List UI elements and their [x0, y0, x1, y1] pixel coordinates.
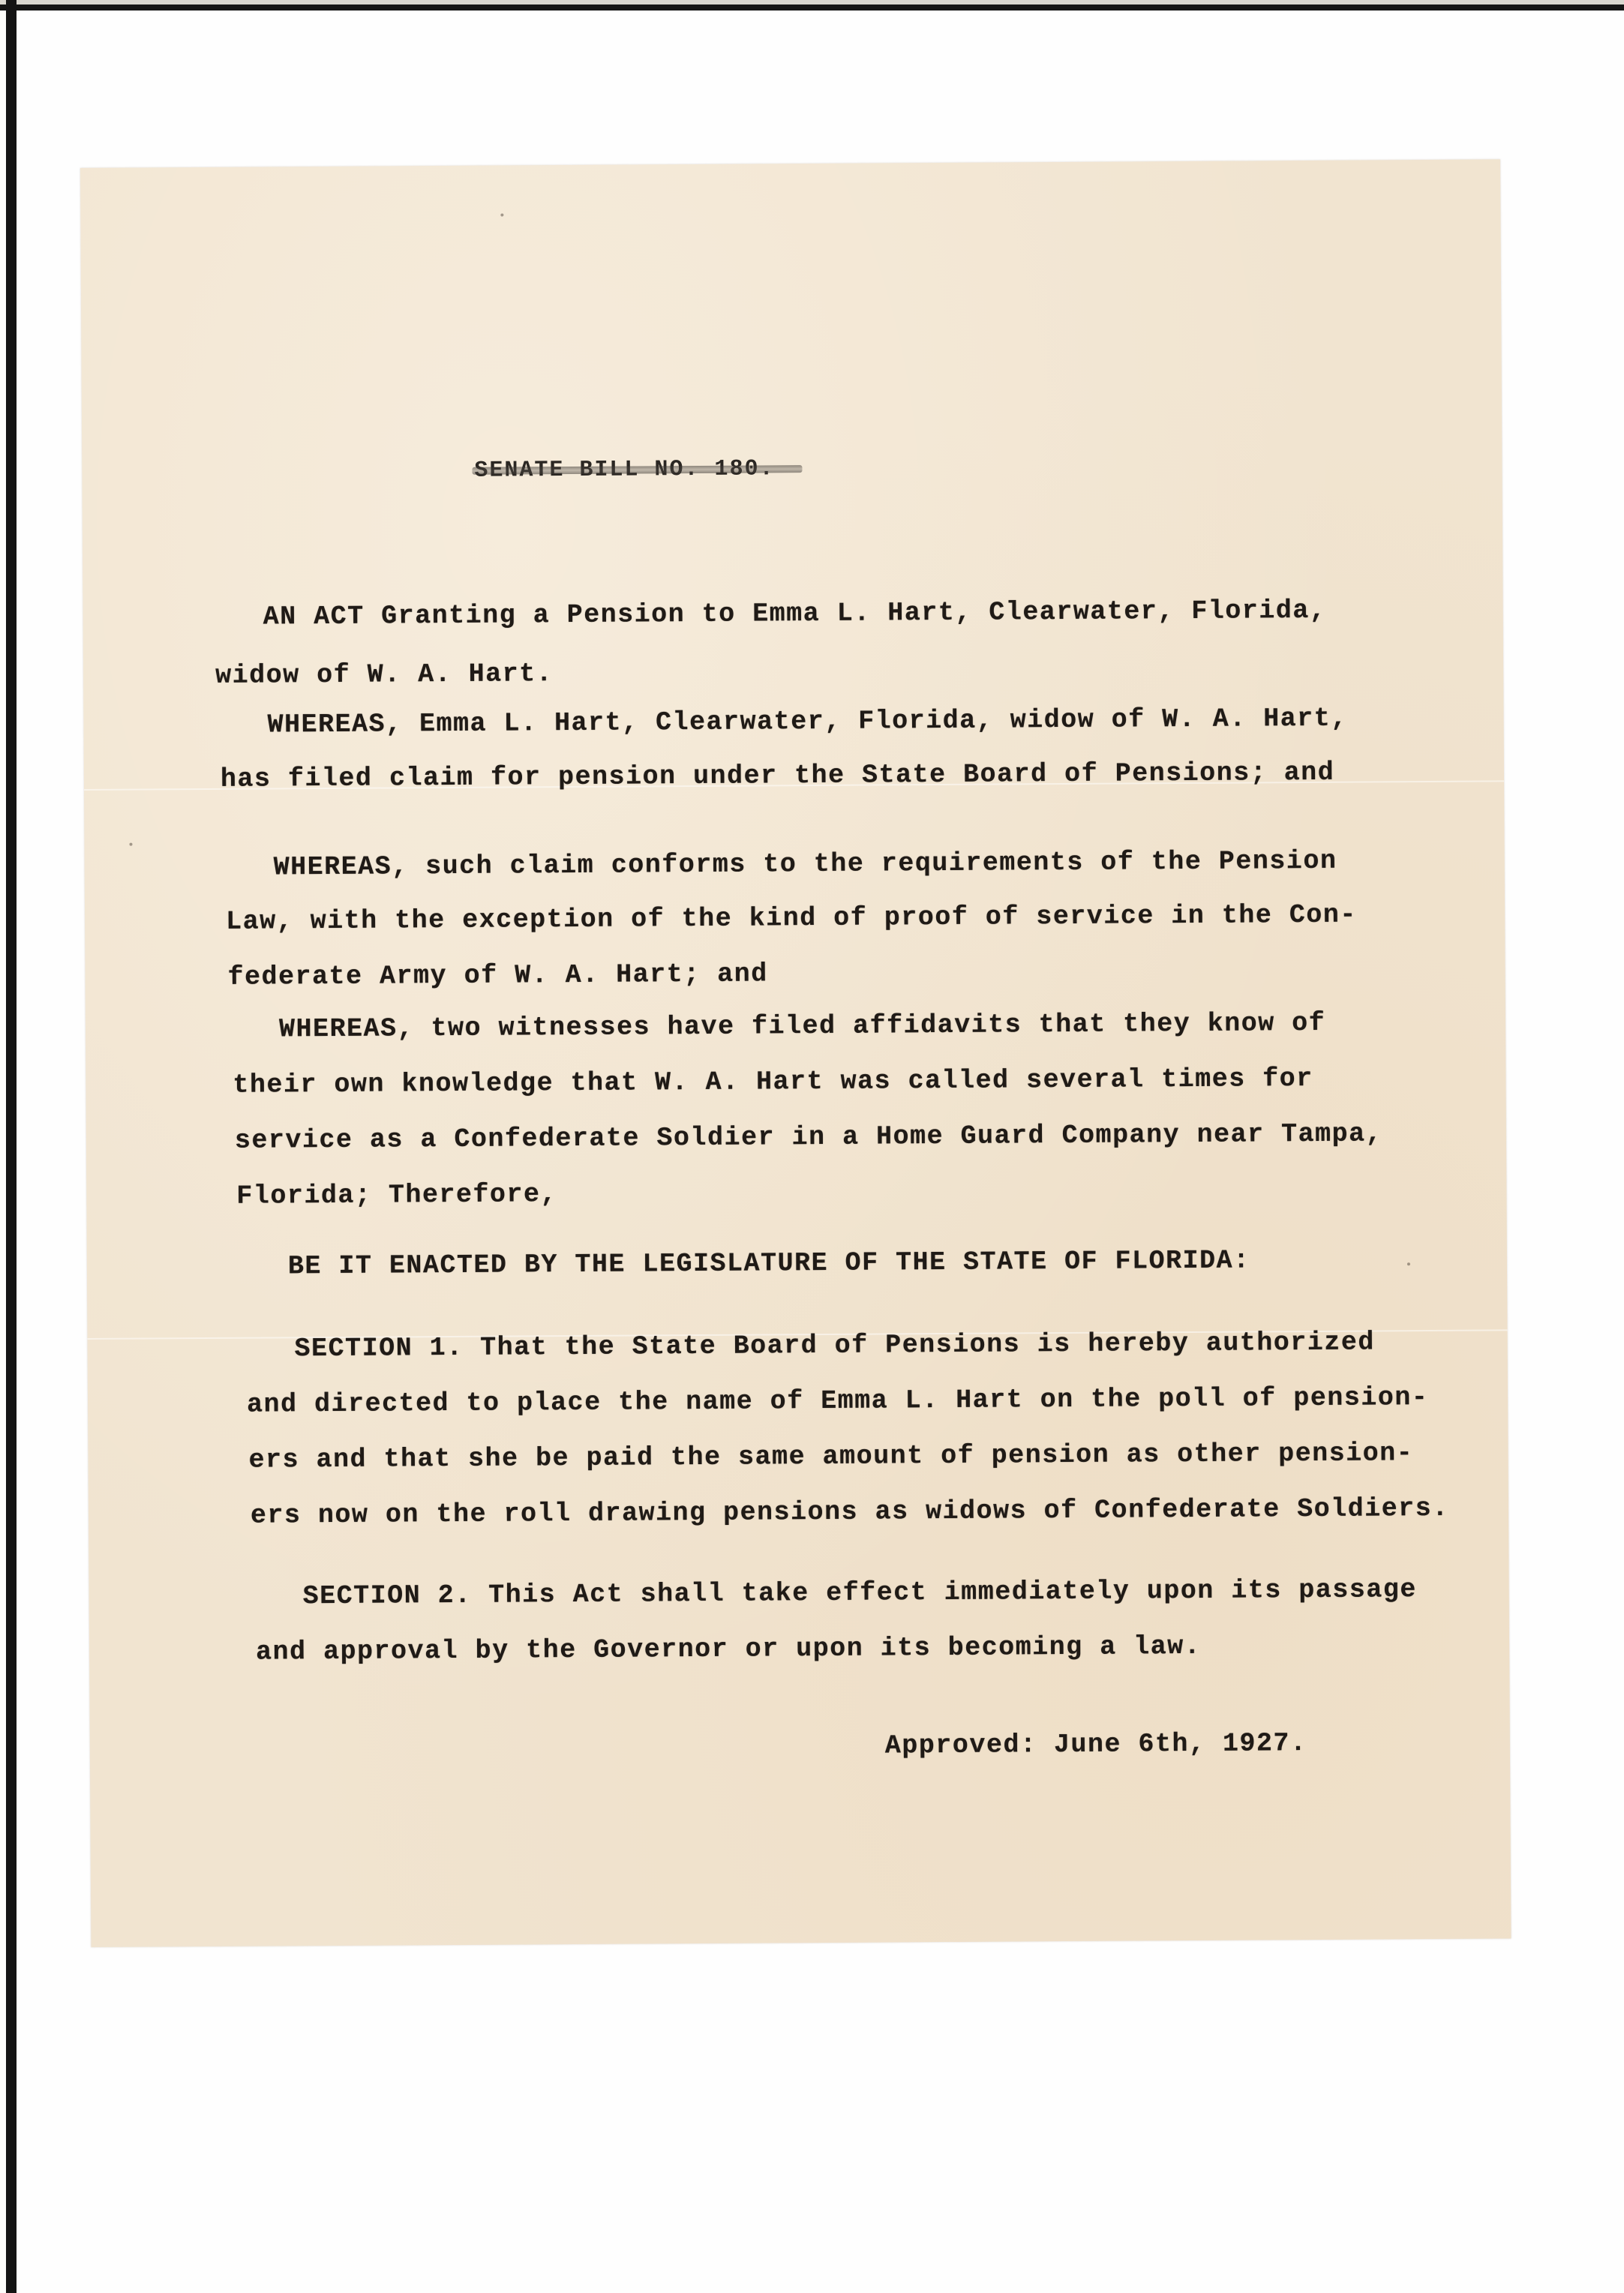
- whereas-3-line-1: WHEREAS, two witnesses have filed affida…: [279, 1008, 1325, 1045]
- whereas-3-line-3: service as a Confederate Soldier in a Ho…: [235, 1118, 1382, 1155]
- scan-edge-strip: [0, 0, 1624, 5]
- scan-border-left: [6, 0, 17, 2293]
- paper-speck: [1407, 1262, 1410, 1265]
- whereas-1-line-2: has filed claim for pension under the St…: [221, 758, 1334, 794]
- section-2-line-1: SECTION 2. This Act shall take effect im…: [303, 1574, 1417, 1611]
- whereas-2-line-1: WHEREAS, such claim conforms to the requ…: [274, 846, 1337, 883]
- act-title-line-1: AN ACT Granting a Pension to Emma L. Har…: [263, 596, 1327, 632]
- paper-speck: [500, 214, 503, 217]
- document-page: SENATE BILL NO. 180. AN ACT Granting a P…: [80, 159, 1511, 1947]
- section-1-line-3: ers and that she be paid the same amount…: [248, 1438, 1413, 1475]
- whereas-1-line-1: WHEREAS, Emma L. Hart, Clearwater, Flori…: [267, 704, 1347, 740]
- whereas-2-line-2: Law, with the exception of the kind of p…: [226, 900, 1357, 937]
- section-1-line-4: ers now on the roll drawing pensions as …: [251, 1493, 1449, 1531]
- approval-date: Approved: June 6th, 1927.: [885, 1728, 1307, 1760]
- whereas-3-line-4: Florida; Therefore,: [236, 1179, 557, 1211]
- whereas-2-line-3: federate Army of W. A. Hart; and: [227, 959, 767, 992]
- section-1-line-2: and directed to place the name of Emma L…: [247, 1382, 1428, 1420]
- paper-speck: [129, 843, 132, 846]
- whereas-3-line-2: their own knowledge that W. A. Hart was …: [233, 1064, 1313, 1100]
- enacting-clause: BE IT ENACTED BY THE LEGISLATURE OF THE …: [288, 1246, 1250, 1282]
- act-title-line-2: widow of W. A. Hart.: [215, 659, 553, 691]
- section-2-line-2: and approval by the Governor or upon its…: [256, 1631, 1201, 1667]
- section-1-line-1: SECTION 1. That the State Board of Pensi…: [294, 1327, 1374, 1364]
